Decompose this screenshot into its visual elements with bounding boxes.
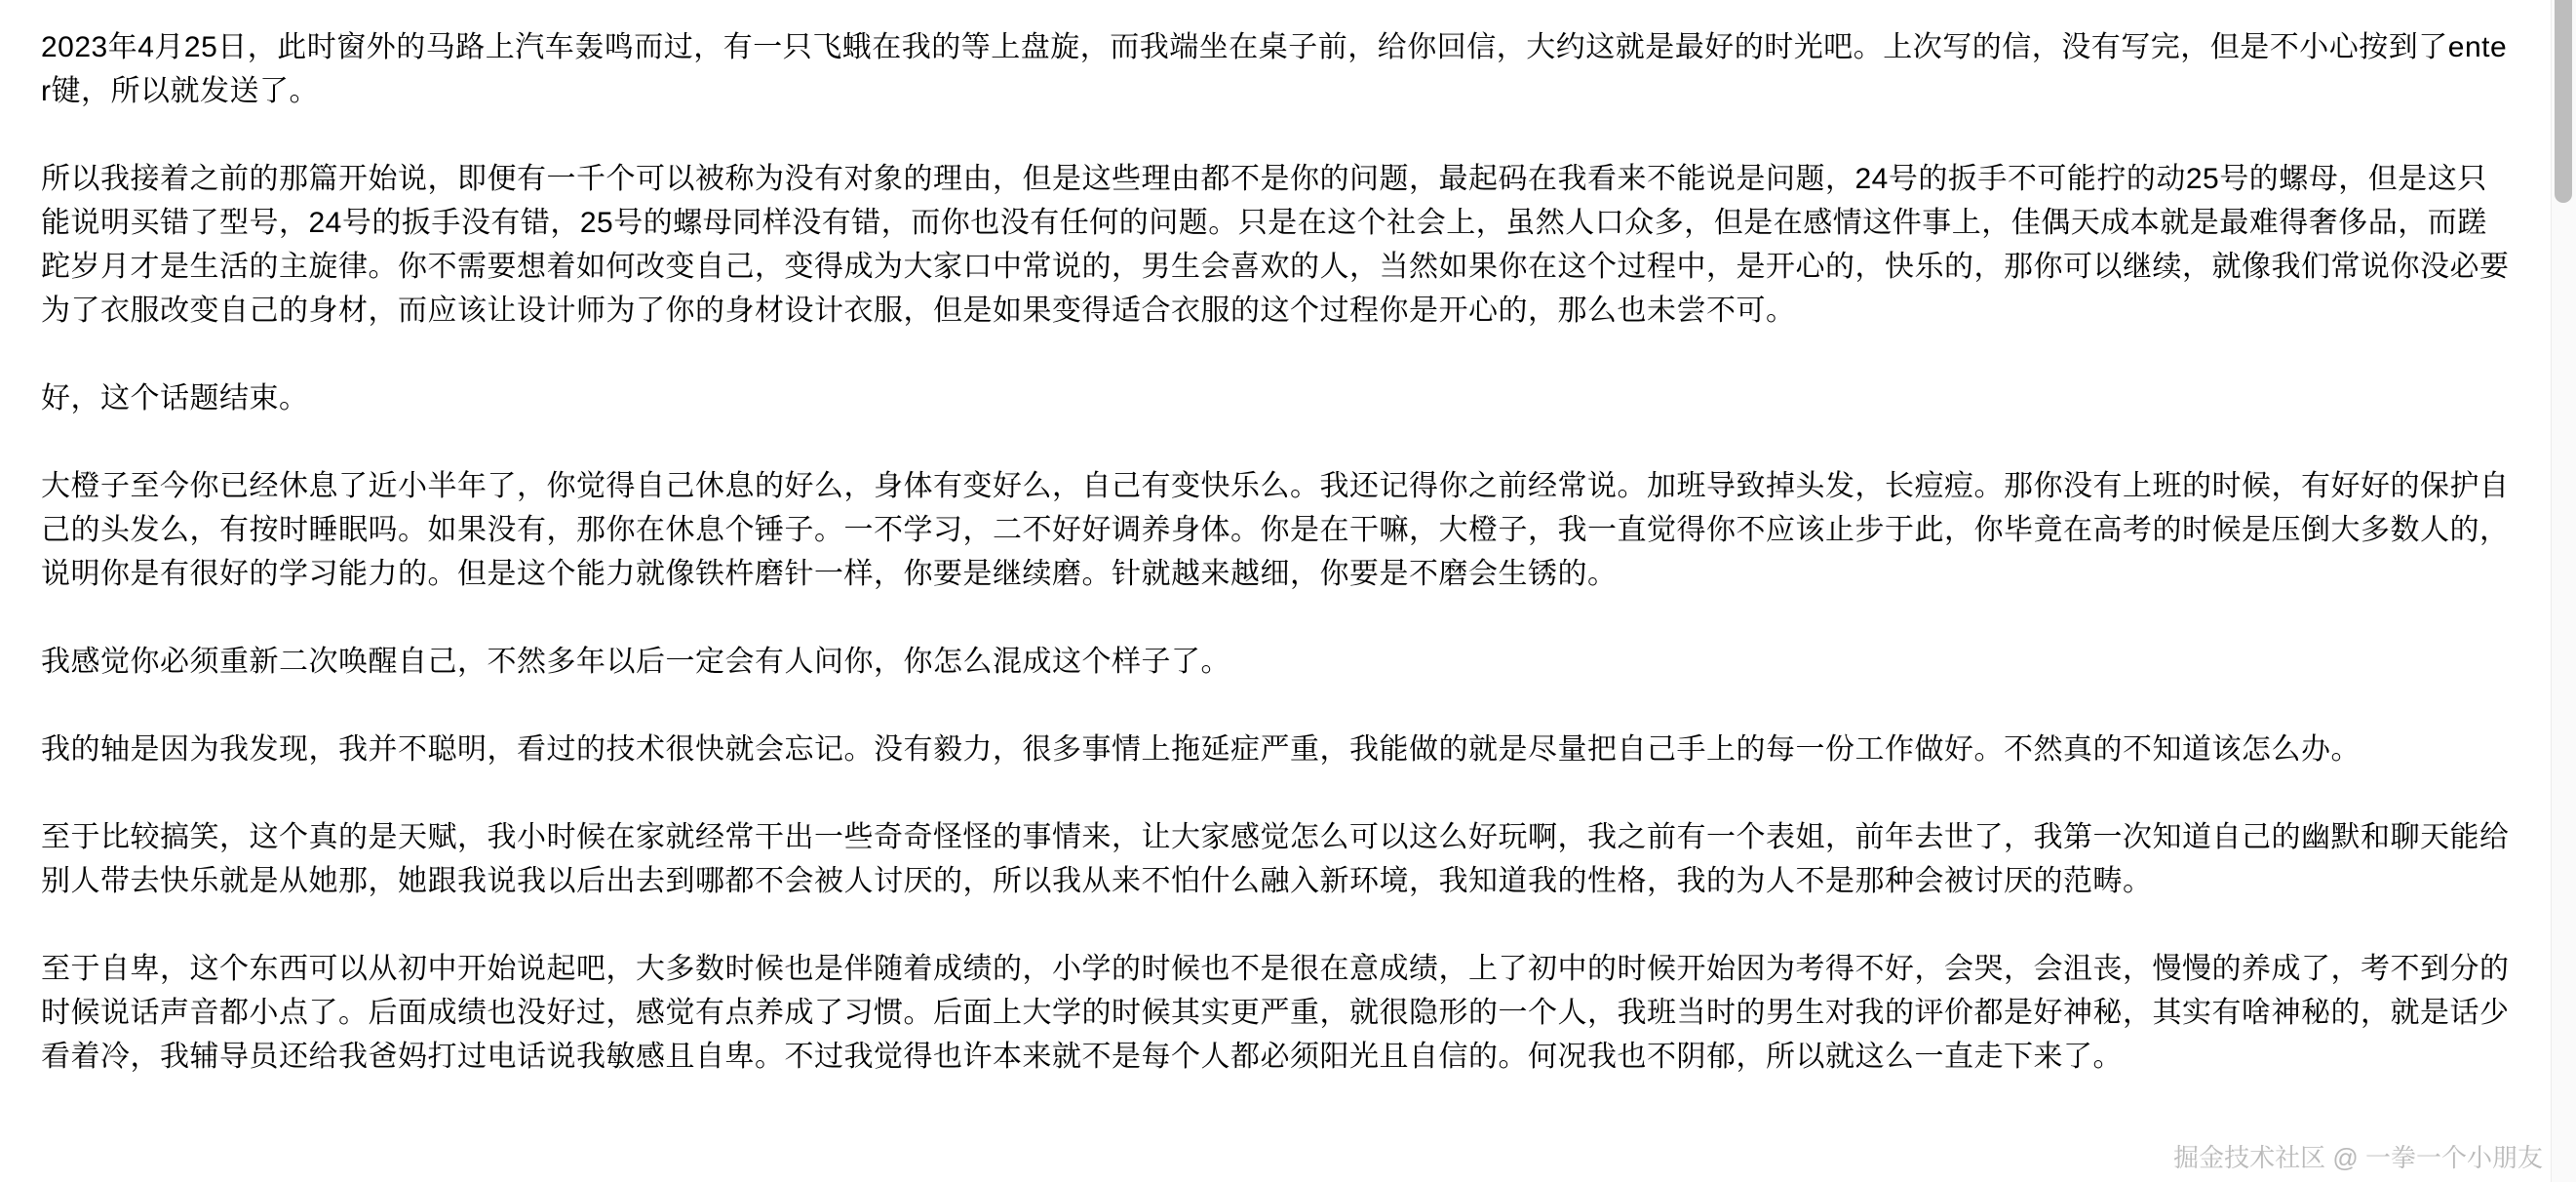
- paragraph: 大橙子至今你已经休息了近小半年了，你觉得自己休息的好么，身体有变好么，自己有变快…: [41, 464, 2516, 596]
- article-body: 2023年4月25日，此时窗外的马路上汽车轰鸣而过，有一只飞蛾在我的等上盘旋，而…: [0, 0, 2551, 1182]
- paragraph: 至于自卑，这个东西可以从初中开始说起吧，大多数时候也是伴随着成绩的，小学的时候也…: [41, 947, 2516, 1079]
- paragraph: 好，这个话题结束。: [41, 376, 2516, 420]
- paragraph: 2023年4月25日，此时窗外的马路上汽车轰鸣而过，有一只飞蛾在我的等上盘旋，而…: [41, 25, 2516, 113]
- paragraph: 我的轴是因为我发现，我并不聪明，看过的技术很快就会忘记。没有毅力，很多事情上拖延…: [41, 728, 2516, 771]
- paragraph: 至于比较搞笑，这个真的是天赋，我小时候在家就经常干出一些奇奇怪怪的事情来，让大家…: [41, 815, 2516, 903]
- scrollbar[interactable]: [2551, 0, 2576, 1182]
- paragraph: 所以我接着之前的那篇开始说，即便有一千个可以被称为没有对象的理由，但是这些理由都…: [41, 157, 2516, 333]
- scrollbar-thumb[interactable]: [2555, 0, 2572, 203]
- juejin-watermark: 掘金技术社区 @ 一拳一个小朋友: [2173, 1141, 2543, 1174]
- paragraph: 我感觉你必须重新二次唤醒自己，不然多年以后一定会有人问你，你怎么混成这个样子了。: [41, 640, 2516, 684]
